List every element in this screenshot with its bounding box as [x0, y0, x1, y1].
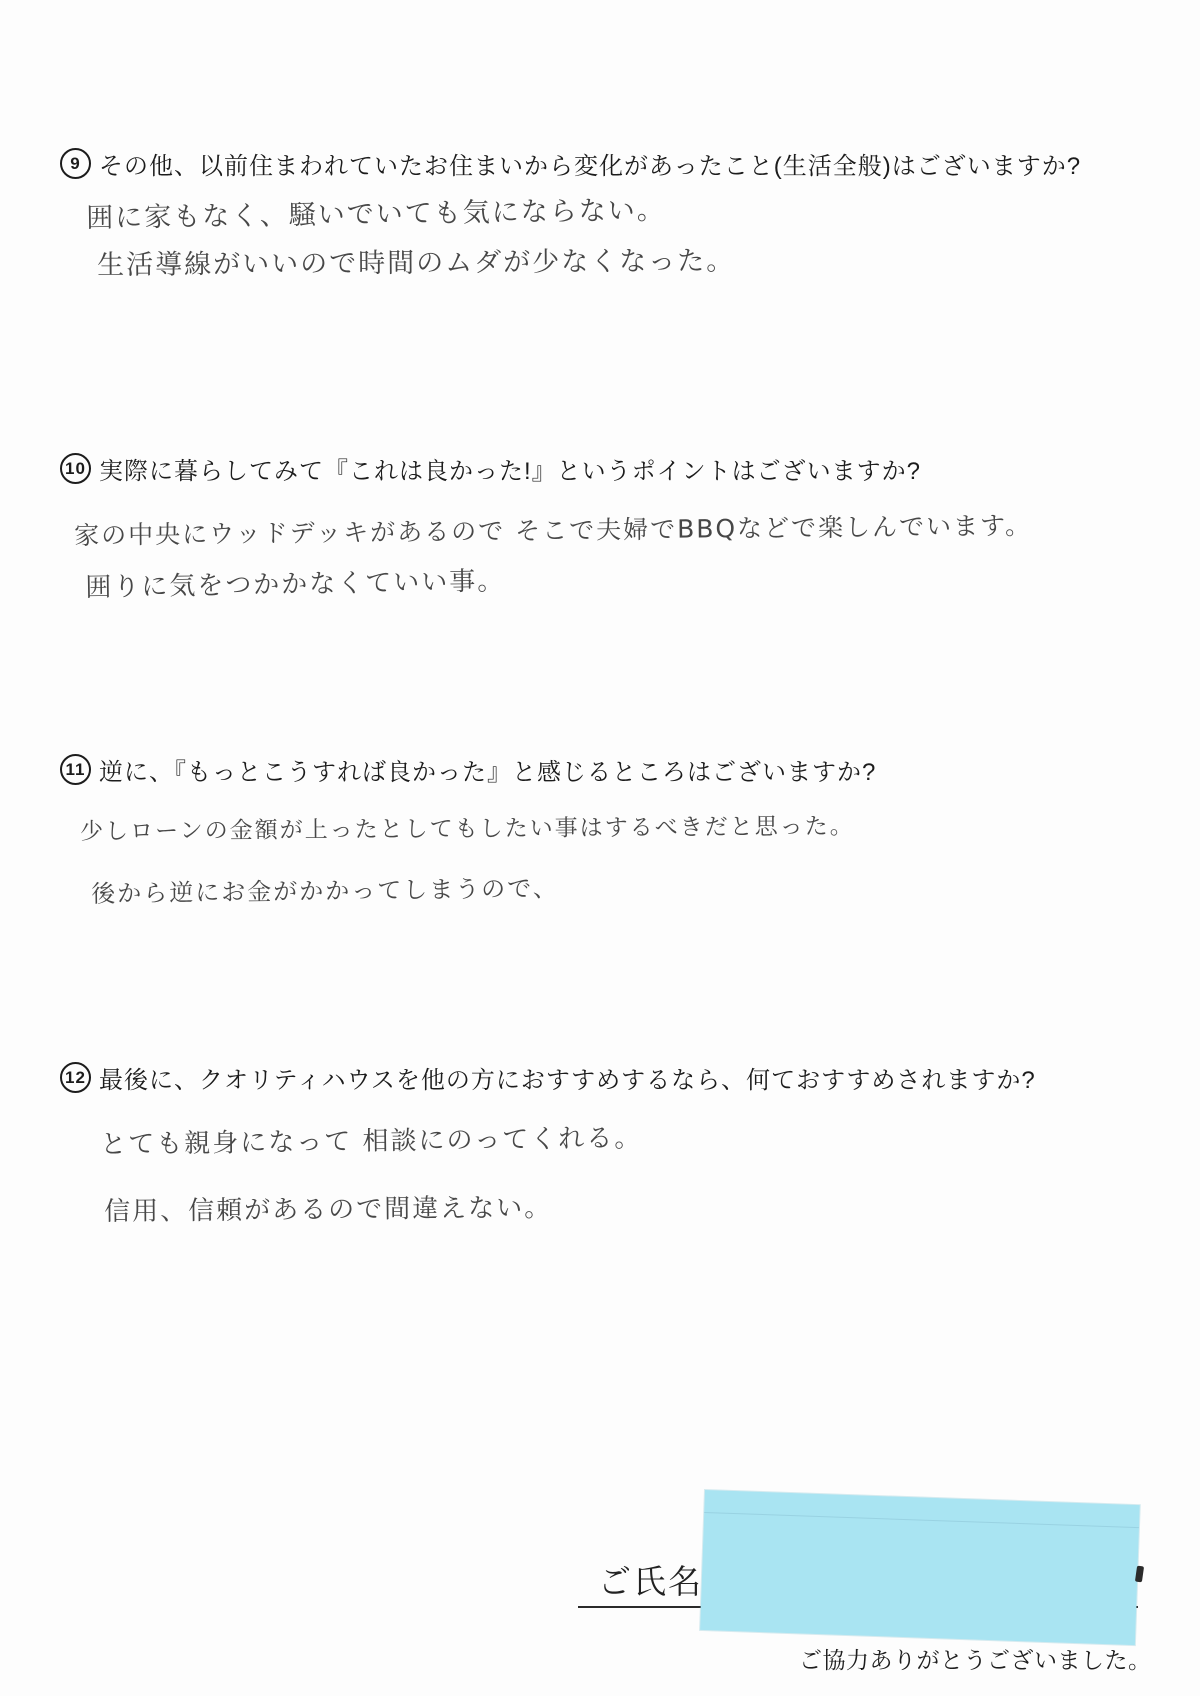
question-10-heading: 10 実際に暮らしてみて『これは良かった!』というポイントはございますか?	[60, 451, 921, 486]
question-10-circled-number: 10	[60, 453, 91, 484]
name-ink-peek-mark	[1135, 1566, 1144, 1583]
question-9-handwritten-answer-line-2: 生活導線がいいので時間のムダが少なくなった。	[97, 239, 735, 282]
question-11-handwritten-answer-line-1: 少しローンの金額が上ったとしてもしたい事はするべきだと思った。	[80, 808, 855, 846]
question-11-text: 逆に、『もっとこうすれば良かった』と感じるところはございますか?	[99, 752, 876, 787]
question-9-text: その他、以前住まわれていたお住まいから変化があったこと(生活全般)はございますか…	[99, 146, 1081, 181]
thank-you-text: ご協力ありがとうございました。	[799, 1642, 1152, 1675]
question-11-heading: 11 逆に、『もっとこうすれば良かった』と感じるところはございますか?	[60, 752, 876, 787]
question-11-circled-number: 11	[60, 754, 91, 785]
question-9-circled-number: 9	[60, 148, 91, 179]
name-field-label: ご氏名	[598, 1556, 703, 1603]
question-12-heading: 12 最後に、クオリティハウスを他の方におすすめするなら、何ておすすめされますか…	[60, 1060, 1036, 1095]
scanned-questionnaire-page: 9 その他、以前住まわれていたお住まいから変化があったこと(生活全般)はございま…	[0, 0, 1200, 1696]
question-9-handwritten-answer-line-1: 囲に家もなく、騒いでいても気にならない。	[86, 188, 666, 235]
question-11-handwritten-answer-line-2: 後から逆にお金がかかってしまうので、	[91, 868, 559, 909]
question-10-text: 実際に暮らしてみて『これは良かった!』というポイントはございますか?	[99, 451, 921, 486]
question-9-heading: 9 その他、以前住まわれていたお住まいから変化があったこと(生活全般)はございま…	[60, 146, 1081, 181]
redaction-sticker-crease	[704, 1512, 1139, 1528]
question-12-text: 最後に、クオリティハウスを他の方におすすめするなら、何ておすすめされますか?	[99, 1060, 1036, 1095]
name-redaction-sticker	[700, 1490, 1140, 1645]
question-10-handwritten-answer-line-2: 囲りに気をつかかなくていい事。	[85, 560, 506, 604]
question-12-circled-number: 12	[60, 1062, 91, 1093]
question-12-handwritten-answer-line-2: 信用、信頼があるので間違えない。	[104, 1187, 552, 1228]
question-12-handwritten-answer-line-1: とても親身になって 相談にのってくれる。	[100, 1117, 642, 1161]
question-10-handwritten-answer-line-1: 家の中央にウッドデッキがあるので そこで夫婦でBBQなどで楽しんでいます。	[74, 506, 1032, 552]
